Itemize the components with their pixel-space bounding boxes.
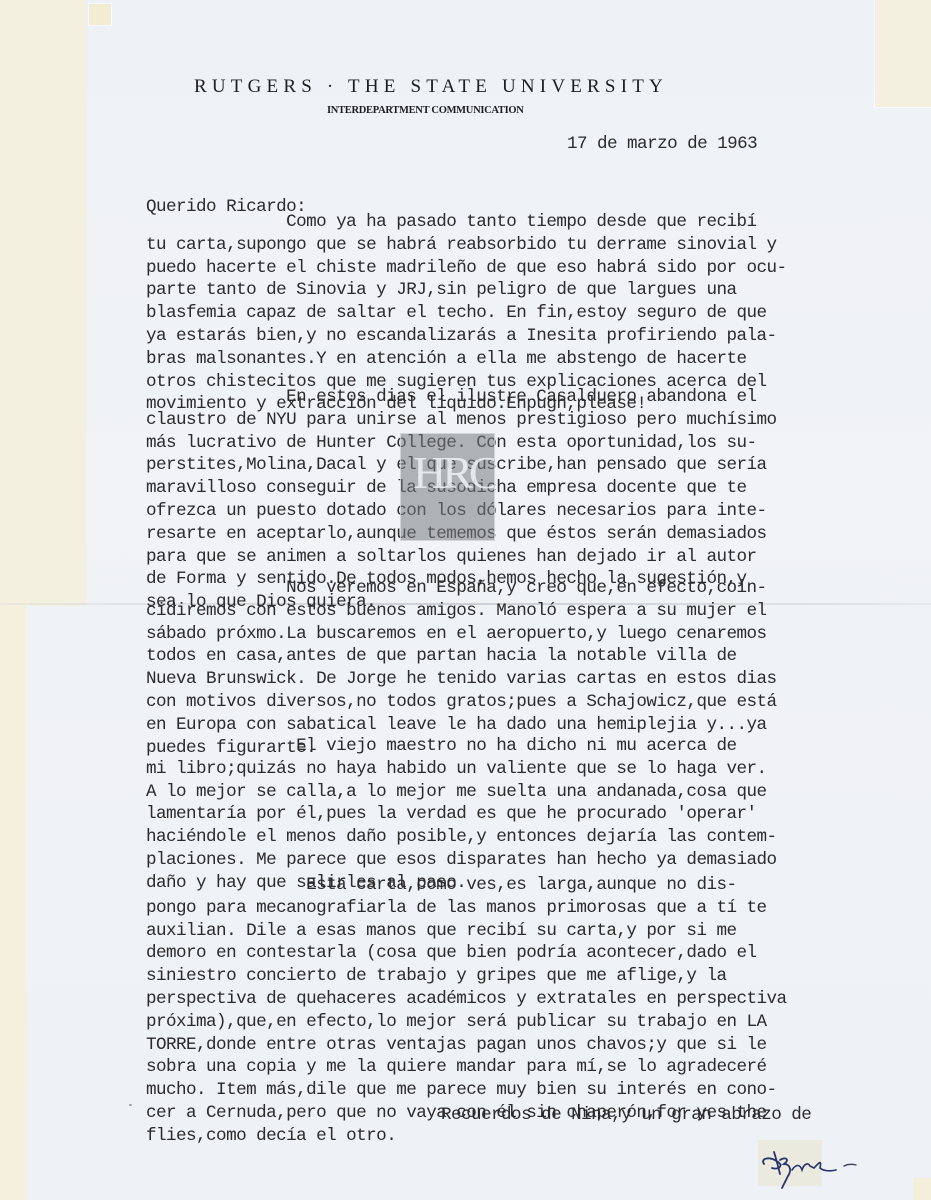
paper-speck [129,1104,132,1106]
paragraph-4: El viejo maestro no ha dicho ni mu acerc… [146,735,777,895]
paragraph-3: Nos veremos en España,y creo que,en efec… [146,577,777,759]
department-line: INTERDEPARTMENT COMMUNICATION [327,105,524,116]
watermark-text: HRC [413,446,495,499]
signature [756,1140,876,1190]
hrc-watermark: HRC [400,433,495,541]
backing-corner-bottom-right [913,1178,931,1200]
backing-corner-top-right [874,0,931,108]
closing-line: Recuerdos de Nina,y un gran abrazo de [441,1104,811,1127]
letter-date: 17 de marzo de 1963 [567,133,757,156]
paper-patch [88,3,112,26]
backing-strip [0,606,26,1200]
institution-name: RUTGERS · THE STATE UNIVERSITY [194,76,668,98]
